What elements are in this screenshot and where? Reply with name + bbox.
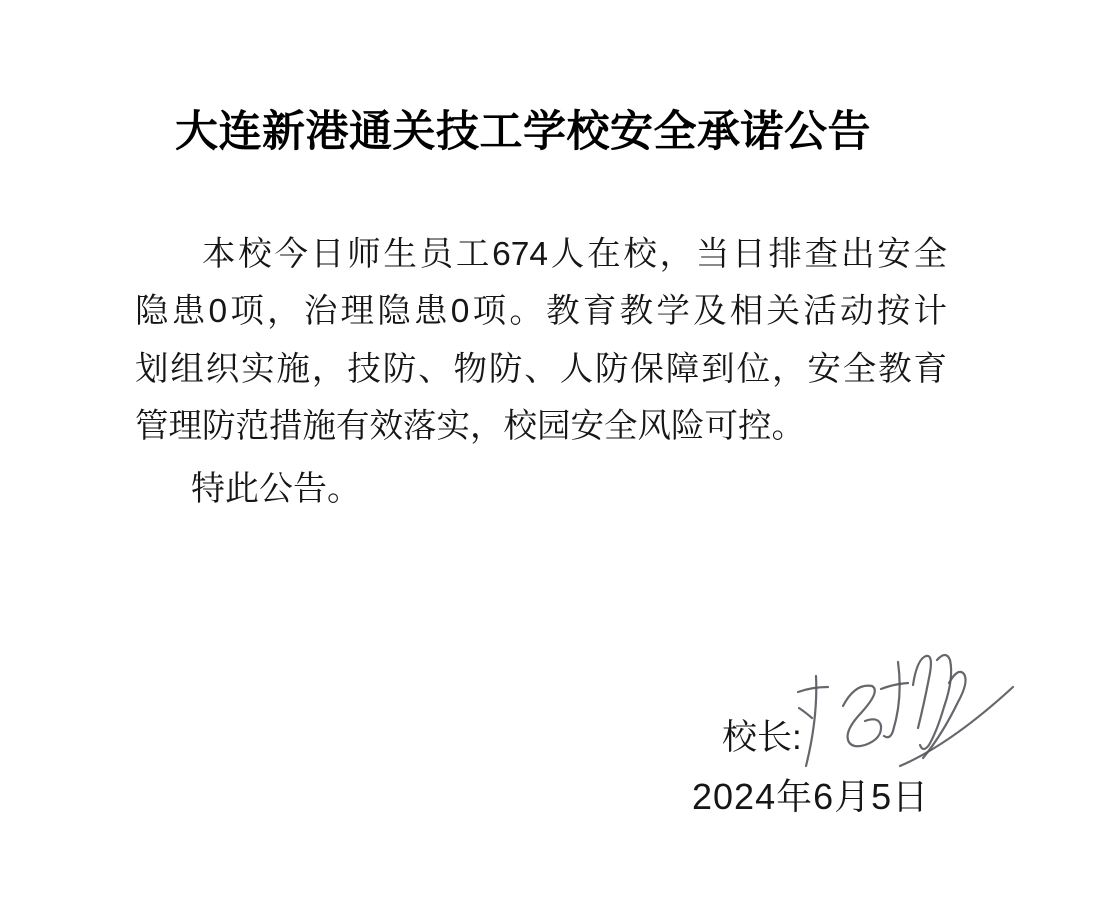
body-line-1: 本校今日师生员工674人在校，当日排查出安全: [135, 226, 947, 283]
announcement-body: 本校今日师生员工674人在校，当日排查出安全 隐患0项，治理隐患0项。教育教学及…: [135, 226, 947, 456]
principal-role-label: 校长:: [722, 716, 802, 760]
announcement-date: 2024年6月5日: [692, 775, 929, 819]
body-line-3: 划组织实施，技防、物防、人防保障到位，安全教育: [135, 341, 947, 398]
body-line-4: 管理防范措施有效落实，校园安全风险可控。: [135, 398, 947, 455]
document-title: 大连新港通关技工学校安全承诺公告: [175, 98, 871, 159]
announcement-document: 大连新港通关技工学校安全承诺公告 本校今日师生员工674人在校，当日排查出安全 …: [0, 0, 1111, 919]
principal-handwritten-signature-icon: [793, 638, 1021, 773]
body-line-2: 隐患0项，治理隐患0项。教育教学及相关活动按计: [135, 283, 947, 340]
closing-statement: 特此公告。: [135, 461, 947, 518]
